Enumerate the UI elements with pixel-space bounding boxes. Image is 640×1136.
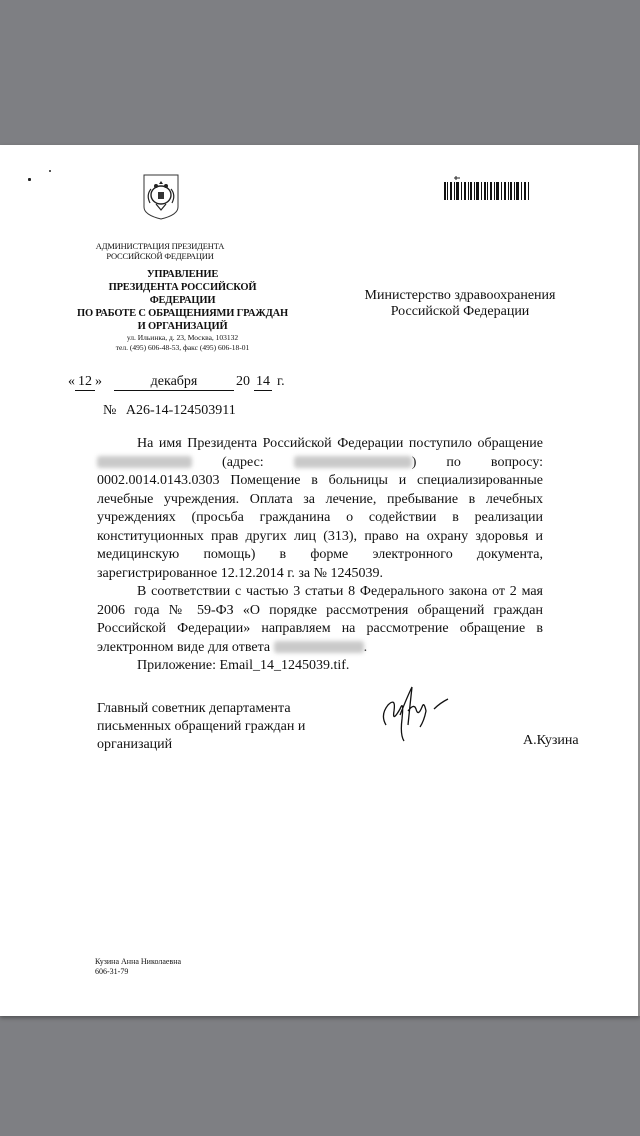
addressee: Министерство здравоохранения Российской … [340, 288, 580, 320]
executor-info: Кузина Анна Николаевна 606-31-79 [95, 957, 181, 976]
handwritten-signature-icon [378, 675, 458, 745]
coat-of-arms-icon [142, 173, 180, 221]
scan-speck [49, 170, 51, 172]
document-date: « 12 » декабря 20 14 г. [68, 374, 285, 391]
administration-header: АДМИНИСТРАЦИЯ ПРЕЗИДЕНТА РОССИЙСКОЙ ФЕДЕ… [80, 241, 240, 261]
registration-number: № А26-14-124503911 [103, 403, 236, 419]
department-header: УПРАВЛЕНИЕ ПРЕЗИДЕНТА РОССИЙСКОЙ ФЕДЕРАЦ… [75, 268, 290, 333]
letterhead-contacts: ул. Ильинка, д. 23, Москва, 103132 тел. … [75, 333, 290, 353]
paragraph-2: В соответствии с частью 3 статьи 8 Федер… [97, 583, 543, 657]
date-month: декабря [114, 374, 234, 391]
attachment-line: Приложение: Email_14_1245039.tif. [97, 657, 543, 676]
redacted-recipient [274, 641, 364, 653]
redacted-email [294, 456, 412, 468]
scan-speck [28, 178, 31, 181]
letter-body: На имя Президента Российской Федерации п… [97, 435, 543, 676]
signer-name: А.Кузина [523, 733, 579, 749]
barcode-icon [444, 175, 534, 201]
redacted-name [97, 456, 192, 468]
document-page: АДМИНИСТРАЦИЯ ПРЕЗИДЕНТА РОССИЙСКОЙ ФЕДЕ… [0, 145, 640, 1016]
paragraph-1: На имя Президента Российской Федерации п… [97, 435, 543, 583]
signer-position: Главный советник департамента письменных… [97, 700, 327, 754]
date-day: 12 [75, 374, 95, 391]
date-year: 14 [254, 374, 272, 391]
